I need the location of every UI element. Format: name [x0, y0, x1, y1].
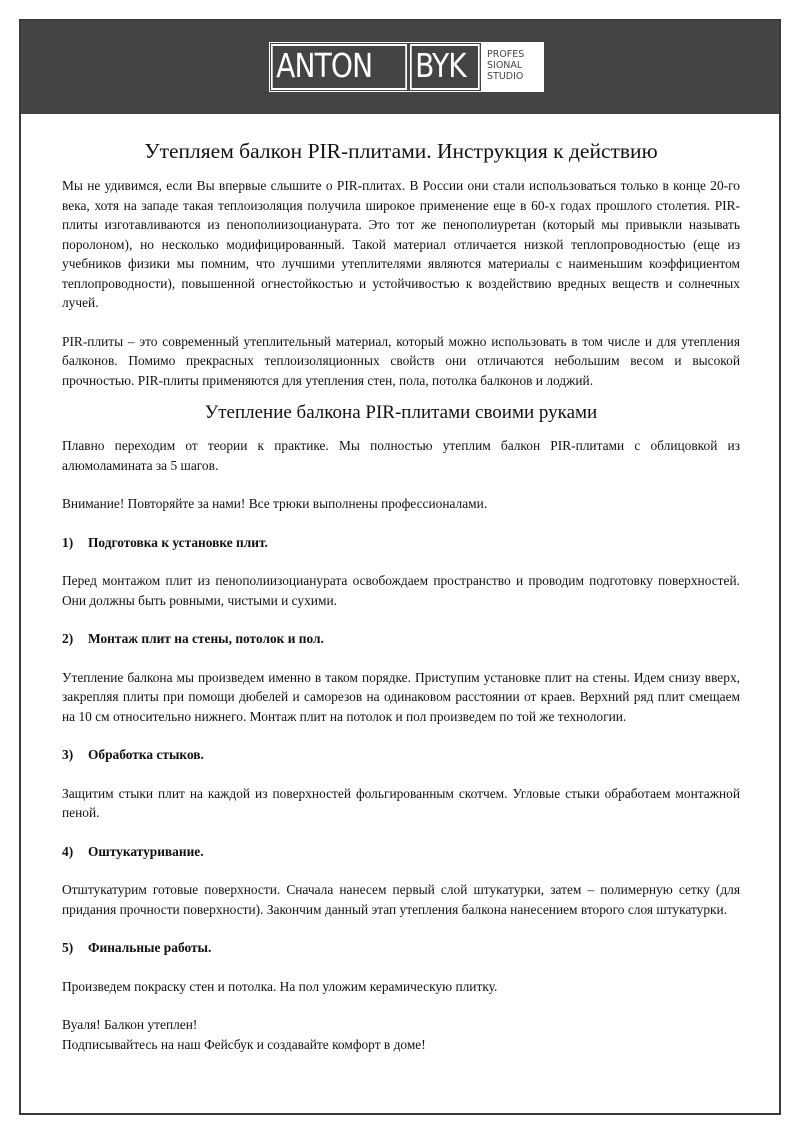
outro-line: Вуаля! Балкон утеплен! — [62, 1015, 740, 1035]
step-title: Обработка стыков. — [88, 747, 204, 762]
step-number: 3) — [62, 745, 88, 765]
intro-paragraph: PIR-плиты – это современный утеплительны… — [62, 332, 740, 391]
step-text: Утепление балкона мы произведем именно в… — [62, 668, 740, 727]
step-number: 2) — [62, 629, 88, 649]
lead-paragraph: Внимание! Повторяйте за нами! Все трюки … — [62, 494, 740, 514]
page-frame: ANTON BYK PROFES SIONAL STUDIO Утепляем … — [19, 19, 781, 1115]
logo-tagline-line: SIONAL — [487, 60, 539, 71]
article-title: Утепляем балкон PIR-плитами. Инструкция … — [62, 139, 740, 164]
step-heading: 4)Оштукатуривание. — [62, 842, 740, 862]
article-body: Утепляем балкон PIR-плитами. Инструкция … — [62, 129, 740, 1054]
step-title: Подготовка к установке плит. — [88, 535, 268, 550]
step-text: Произведем покраску стен и потолка. На п… — [62, 977, 740, 997]
header-banner: ANTON BYK PROFES SIONAL STUDIO — [21, 21, 779, 114]
step-title: Монтаж плит на стены, потолок и пол. — [88, 631, 324, 646]
logo-word-anton: ANTON — [271, 44, 407, 90]
step-heading: 5)Финальные работы. — [62, 938, 740, 958]
logo-tagline-line: STUDIO — [487, 71, 539, 82]
logo-word-byk: BYK — [410, 44, 480, 90]
logo-tagline-line: PROFES — [487, 49, 539, 60]
section-subtitle: Утепление балкона PIR-плитами своими рук… — [62, 402, 740, 424]
step-title: Финальные работы. — [88, 940, 211, 955]
step-text: Перед монтажом плит из пенополиизоцианур… — [62, 571, 740, 610]
step-number: 5) — [62, 938, 88, 958]
step-number: 4) — [62, 842, 88, 862]
step-heading: 2)Монтаж плит на стены, потолок и пол. — [62, 629, 740, 649]
step-text: Отштукатурим готовые поверхности. Сначал… — [62, 880, 740, 919]
logo[interactable]: ANTON BYK PROFES SIONAL STUDIO — [269, 42, 544, 92]
lead-paragraph: Плавно переходим от теории к практике. М… — [62, 436, 740, 475]
step-heading: 1)Подготовка к установке плит. — [62, 533, 740, 553]
intro-paragraph: Мы не удивимся, если Вы впервые слышите … — [62, 176, 740, 313]
logo-tagline: PROFES SIONAL STUDIO — [481, 43, 543, 91]
step-number: 1) — [62, 533, 88, 553]
step-text: Защитим стыки плит на каждой из поверхно… — [62, 784, 740, 823]
outro-line: Подписывайтесь на наш Фейсбук и создавай… — [62, 1035, 740, 1055]
step-title: Оштукатуривание. — [88, 844, 204, 859]
step-heading: 3)Обработка стыков. — [62, 745, 740, 765]
